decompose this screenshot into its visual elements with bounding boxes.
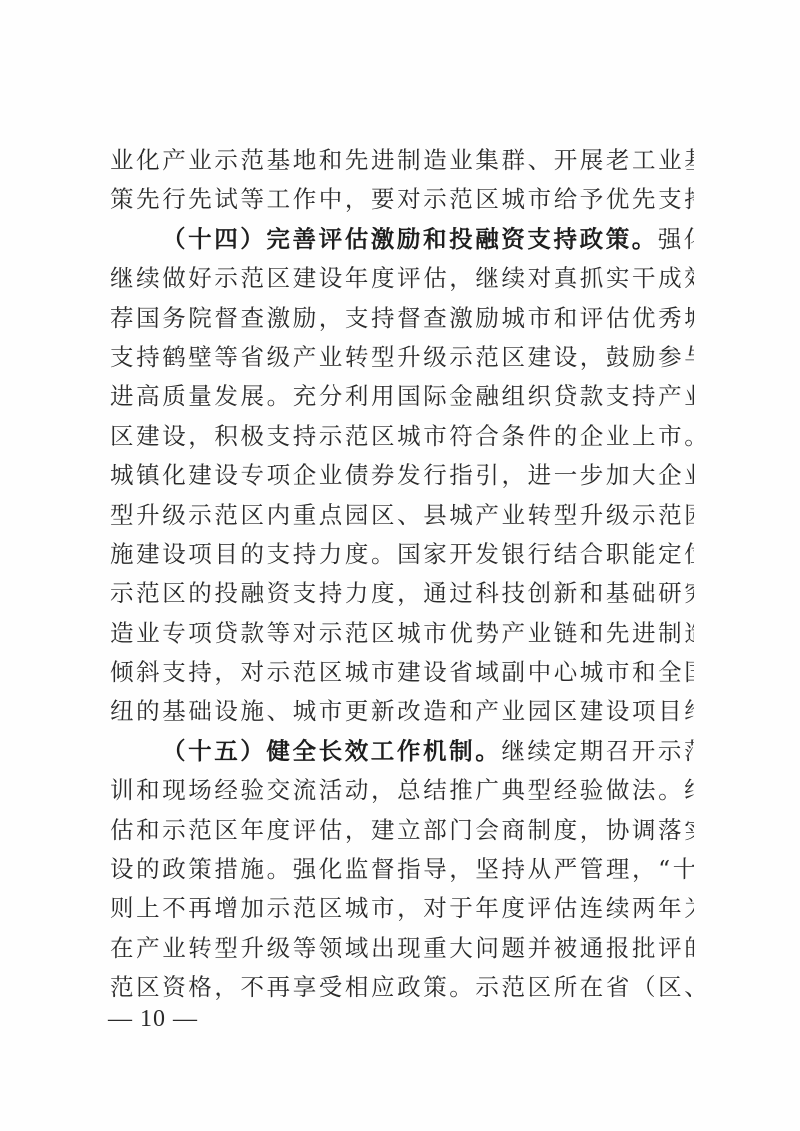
section-14-first-line: （十四）完善评估激励和投融资支持政策。强化奖惩激励作用，: [110, 220, 694, 259]
section-14-heading: （十四）完善评估激励和投融资支持政策。: [162, 225, 658, 253]
text-line: 在产业转型升级等领域出现重大问题并被通报批评的城市，取消示: [110, 929, 694, 968]
text-line: 支持鹤壁等省级产业转型升级示范区建设，鼓励参与年度评估，促: [110, 338, 694, 377]
text-line: 范区资格，不再享受相应政策。示范区所在省（区、市）要建立健: [110, 968, 694, 1007]
text-line: 继续做好示范区建设年度评估，继续对真抓实干成效明显的城市推: [110, 259, 694, 298]
text-line: 纽的基础设施、城市更新改造和产业园区建设项目给予优先支持。: [110, 692, 694, 731]
section-15-first-line: （十五）健全长效工作机制。继续定期召开示范区建设政策培: [110, 732, 694, 771]
text-line: 城镇化建设专项企业债券发行指引，进一步加大企业债券对产业转: [110, 456, 694, 495]
text-line: 设的政策措施。强化监督指导，坚持从严管理，“十四五”时期原: [110, 850, 694, 889]
text-line: 荐国务院督查激励，支持督查激励城市和评估优秀城市项目建设。: [110, 299, 694, 338]
section-14-first-line-text: 强化奖惩激励作用，: [658, 225, 694, 253]
text-line: 区建设，积极支持示范区城市符合条件的企业上市。落实县城新型: [110, 417, 694, 456]
text-line: 示范区的投融资支持力度，通过科技创新和基础研究专项贷款、制: [110, 574, 694, 613]
text-line: 造业专项贷款等对示范区城市优势产业链和先进制造业发展给予: [110, 614, 694, 653]
text-line: 业化产业示范基地和先进制造业集群、开展老工业基地振兴重大政: [110, 141, 694, 180]
paragraph-continued: 业化产业示范基地和先进制造业集群、开展老工业基地振兴重大政 策先行先试等工作中，…: [110, 141, 694, 220]
section-15-first-line-text: 继续定期召开示范区建设政策培: [501, 737, 694, 765]
text-line: 进高质量发展。充分利用国际金融组织贷款支持产业转型升级示范: [110, 377, 694, 416]
text-line: 型升级示范区内重点园区、县城产业转型升级示范园区公共配套设: [110, 496, 694, 535]
paragraph-section-15: （十五）健全长效工作机制。继续定期召开示范区建设政策培 训和现场经验交流活动，总…: [110, 732, 694, 1008]
paragraph-section-14: （十四）完善评估激励和投融资支持政策。强化奖惩激励作用， 继续做好示范区建设年度…: [110, 220, 694, 732]
document-page: 业化产业示范基地和先进制造业集群、开展老工业基地振兴重大政 策先行先试等工作中，…: [0, 0, 800, 1131]
text-line: 施建设项目的支持力度。国家开发银行结合职能定位进一步加大对: [110, 535, 694, 574]
text-line: 训和现场经验交流活动，总结推广典型经验做法。结合督查激励评: [110, 771, 694, 810]
page-number: — 10 —: [108, 1006, 198, 1033]
text-line: 估和示范区年度评估，建立部门会商制度，协调落实支持示范区建: [110, 811, 694, 850]
body-text: 业化产业示范基地和先进制造业集群、开展老工业基地振兴重大政 策先行先试等工作中，…: [110, 141, 694, 1008]
text-line: 倾斜支持，对示范区城市建设省域副中心城市和全国性综合交通枢: [110, 653, 694, 692]
text-line: 策先行先试等工作中，要对示范区城市给予优先支持。: [110, 180, 694, 219]
section-15-heading: （十五）健全长效工作机制。: [162, 737, 501, 765]
text-line: 则上不再增加示范区城市，对于年度评估连续两年为较差的城市或: [110, 889, 694, 928]
